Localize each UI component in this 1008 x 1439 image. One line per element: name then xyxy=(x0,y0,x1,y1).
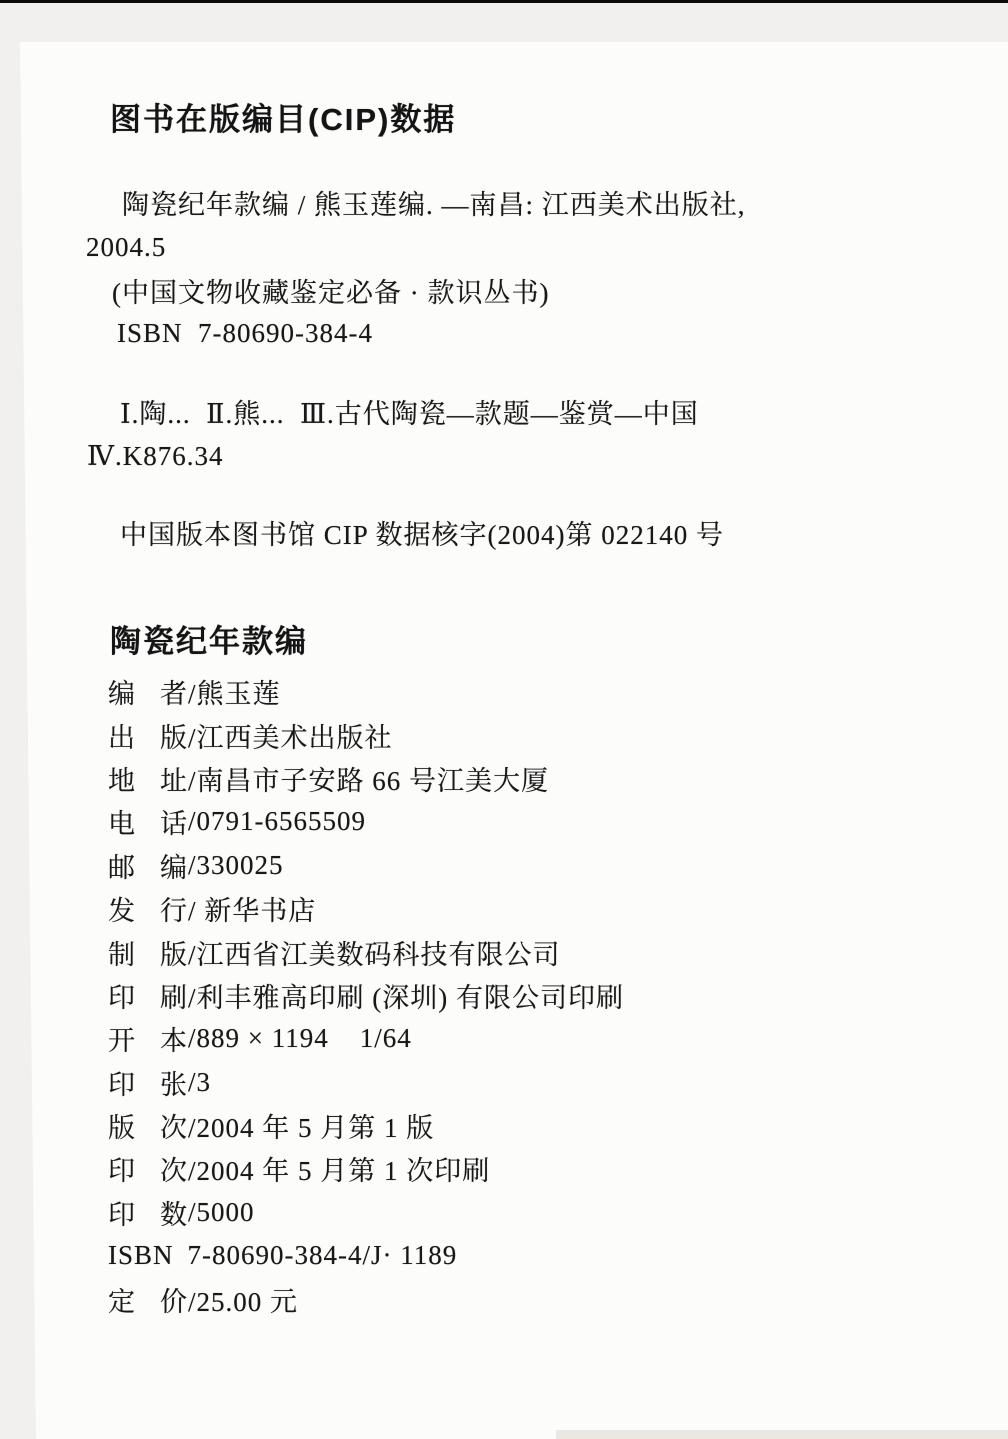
colophon-row-impression: 印次/2004 年 5 月第 1 次印刷 xyxy=(108,1147,988,1190)
colophon-row-distributor: 发行/ 新华书店 xyxy=(108,887,988,930)
colophon-value: /25.00 元 xyxy=(188,1280,298,1319)
colophon-row-edition: 版次/2004 年 5 月第 1 版 xyxy=(108,1104,988,1147)
colophon-value: /江西省江美数码科技有限公司 xyxy=(188,933,561,972)
colophon-label: 电话 xyxy=(108,802,188,841)
cip-heading: 图书在版编目(CIP)数据 xyxy=(110,100,456,140)
scanned-book-page: 图书在版编目(CIP)数据 陶瓷纪年款编 / 熊玉莲编. —南昌: 江西美术出版… xyxy=(0,0,1008,1439)
cip-classification-line: Ⅰ.陶... Ⅱ.熊... Ⅲ.古代陶瓷—款题—鉴赏—中国 xyxy=(120,399,699,429)
cip-isbn-line: ISBN 7-80690-384-4 xyxy=(117,318,373,348)
colophon-label: 定价 xyxy=(108,1280,188,1319)
colophon-label: ISBN xyxy=(108,1240,174,1271)
colophon-label: 发行 xyxy=(108,889,188,928)
colophon-row-print-run: 印数/5000 xyxy=(108,1191,988,1234)
scan-edge-strip xyxy=(0,0,1008,3)
colophon-row-postcode: 邮编/330025 xyxy=(108,844,988,887)
colophon-label: 印刷 xyxy=(108,976,188,1015)
colophon-value: /南昌市子安路 66 号江美大厦 xyxy=(188,759,549,798)
colophon-row-publisher: 出版/江西美术出版社 xyxy=(108,713,988,756)
colophon-row-printer: 印刷/利丰雅高印刷 (深圳) 有限公司印刷 xyxy=(108,974,988,1017)
colophon-list: 编者/熊玉莲 出版/江西美术出版社 地址/南昌市子安路 66 号江美大厦 电话/… xyxy=(108,670,988,1321)
colophon-row-format: 开本/889 × 1194 1/64 xyxy=(108,1017,988,1060)
colophon-label: 印数 xyxy=(108,1193,188,1232)
colophon-value: / 新华书店 xyxy=(188,889,316,928)
cip-year-line: 2004.5 xyxy=(86,232,166,262)
colophon-label: 地址 xyxy=(108,759,188,798)
colophon-title: 陶瓷纪年款编 xyxy=(110,622,308,662)
colophon-value: /5000 xyxy=(188,1197,255,1228)
colophon-label: 印张 xyxy=(108,1063,188,1102)
colophon-value: 7-80690-384-4/J· 1189 xyxy=(188,1240,458,1271)
colophon-label: 制版 xyxy=(108,933,188,972)
cip-entry-line: 陶瓷纪年款编 / 熊玉莲编. —南昌: 江西美术出版社, xyxy=(122,190,746,220)
scan-edge-bottom xyxy=(556,1430,1008,1439)
colophon-value: /2004 年 5 月第 1 版 xyxy=(188,1106,434,1145)
cip-series-line: (中国文物收藏鉴定必备 · 款识丛书) xyxy=(112,278,549,308)
colophon-label: 出版 xyxy=(108,716,188,755)
colophon-value: /330025 xyxy=(188,850,284,881)
colophon-row-editor: 编者/熊玉莲 xyxy=(108,670,988,713)
colophon-value: /2004 年 5 月第 1 次印刷 xyxy=(188,1149,490,1188)
colophon-value: /熊玉莲 xyxy=(188,672,281,711)
colophon-row-sheets: 印张/3 xyxy=(108,1061,988,1104)
cip-class-number-line: Ⅳ.K876.34 xyxy=(87,441,223,471)
colophon-row-address: 地址/南昌市子安路 66 号江美大厦 xyxy=(108,757,988,800)
colophon-row-isbn: ISBN7-80690-384-4/J· 1189 xyxy=(108,1234,988,1277)
colophon-value: /江西美术出版社 xyxy=(188,716,393,755)
colophon-label: 开本 xyxy=(108,1019,188,1058)
colophon-value: /利丰雅高印刷 (深圳) 有限公司印刷 xyxy=(188,976,624,1015)
colophon-value: /0791-6565509 xyxy=(188,806,366,837)
colophon-row-platemaking: 制版/江西省江美数码科技有限公司 xyxy=(108,930,988,973)
colophon-value: /3 xyxy=(188,1067,211,1098)
cip-record-line: 中国版本图书馆 CIP 数据核字(2004)第 022140 号 xyxy=(120,520,724,550)
colophon-label: 印次 xyxy=(108,1149,188,1188)
colophon-row-phone: 电话/0791-6565509 xyxy=(108,800,988,843)
colophon-label: 邮编 xyxy=(108,846,188,885)
colophon-row-price: 定价/25.00 元 xyxy=(108,1277,988,1320)
colophon-label: 编者 xyxy=(108,672,188,711)
colophon-value: /889 × 1194 1/64 xyxy=(188,1023,412,1054)
colophon-label: 版次 xyxy=(108,1106,188,1145)
